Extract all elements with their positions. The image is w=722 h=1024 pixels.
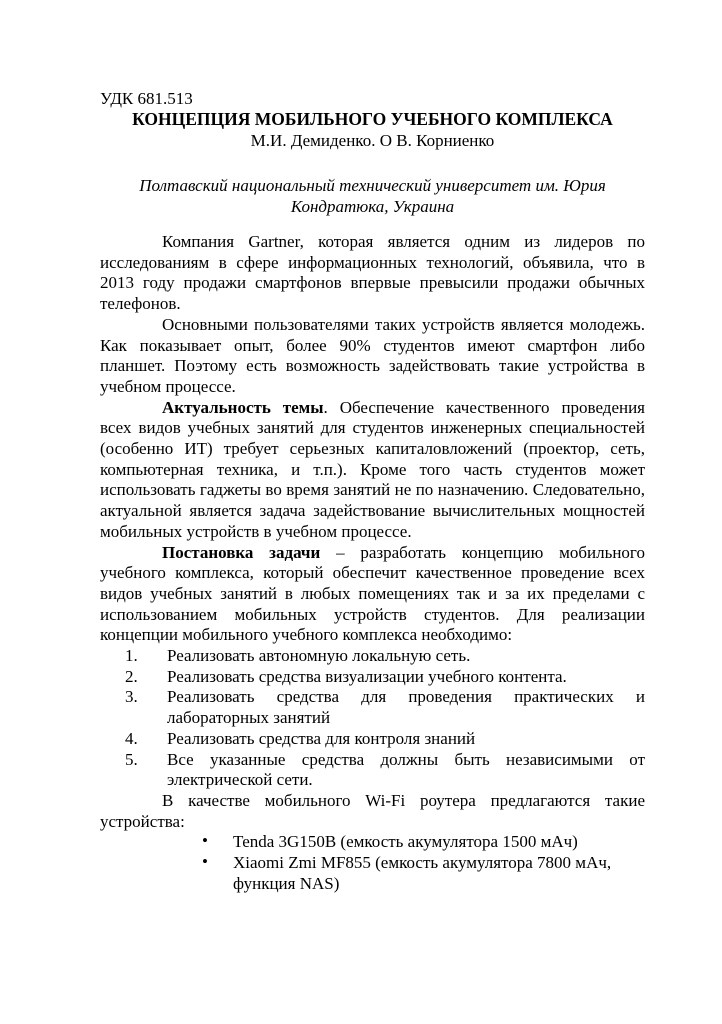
list-number: 4.	[125, 729, 138, 750]
device-item: • Xiaomi Zmi MF855 (емкость акумулятора …	[100, 853, 645, 894]
list-item: 3. Реализовать средства для проведения п…	[100, 687, 645, 728]
list-item: 5. Все указанные средства должны быть не…	[100, 750, 645, 791]
paragraph-task: Постановка задачи – разработать концепци…	[100, 543, 645, 647]
list-number: 1.	[125, 646, 138, 667]
list-item-text: Все указанные средства должны быть незав…	[167, 750, 645, 790]
device-item-text: Xiaomi Zmi MF855 (емкость акумулятора 78…	[233, 853, 611, 893]
list-item: 2. Реализовать средства визуализации уче…	[100, 667, 645, 688]
list-item-text: Реализовать автономную локальную сеть.	[167, 646, 470, 665]
bullet-icon: •	[202, 852, 208, 873]
list-item-text: Реализовать средства для проведения прак…	[167, 687, 645, 727]
devices-list: • Tenda 3G150B (емкость акумулятора 1500…	[100, 832, 645, 894]
list-item-text: Реализовать средства для контроля знаний	[167, 729, 475, 748]
list-number: 3.	[125, 687, 138, 708]
list-number: 2.	[125, 667, 138, 688]
authors-line: М.И. Демиденко. О В. Корниенко	[100, 130, 645, 151]
device-item-text: Tenda 3G150B (емкость акумулятора 1500 м…	[233, 832, 578, 851]
relevance-body: . Обеспечение качественного проведения в…	[100, 398, 645, 541]
bullet-icon: •	[202, 831, 208, 852]
document-content: УДК 681.513 КОНЦЕПЦИЯ МОБИЛЬНОГО УЧЕБНОГ…	[0, 0, 722, 895]
document-page: УДК 681.513 КОНЦЕПЦИЯ МОБИЛЬНОГО УЧЕБНОГ…	[0, 0, 722, 1024]
paragraph-routers: В качестве мобильного Wi-Fi роутера пред…	[100, 791, 645, 832]
affiliation: Полтавский национальный технический унив…	[100, 175, 645, 217]
list-item-text: Реализовать средства визуализации учебно…	[167, 667, 567, 686]
affiliation-line-2: Кондратюка, Украина	[100, 196, 645, 217]
task-heading: Постановка задачи	[162, 543, 320, 562]
paper-title: КОНЦЕПЦИЯ МОБИЛЬНОГО УЧЕБНОГО КОМПЛЕКСА	[100, 109, 645, 130]
paragraph-users: Основными пользователями таких устройств…	[100, 315, 645, 398]
list-item: 4. Реализовать средства для контроля зна…	[100, 729, 645, 750]
relevance-heading: Актуальность темы	[162, 398, 324, 417]
device-item: • Tenda 3G150B (емкость акумулятора 1500…	[100, 832, 645, 853]
list-number: 5.	[125, 750, 138, 771]
requirements-list: 1. Реализовать автономную локальную сеть…	[100, 646, 645, 791]
paragraph-gartner: Компания Gartner, которая является одним…	[100, 232, 645, 315]
list-item: 1. Реализовать автономную локальную сеть…	[100, 646, 645, 667]
paragraph-relevance: Актуальность темы. Обеспечение качествен…	[100, 398, 645, 543]
affiliation-line-1: Полтавский национальный технический унив…	[100, 175, 645, 196]
udk-code: УДК 681.513	[100, 88, 645, 109]
